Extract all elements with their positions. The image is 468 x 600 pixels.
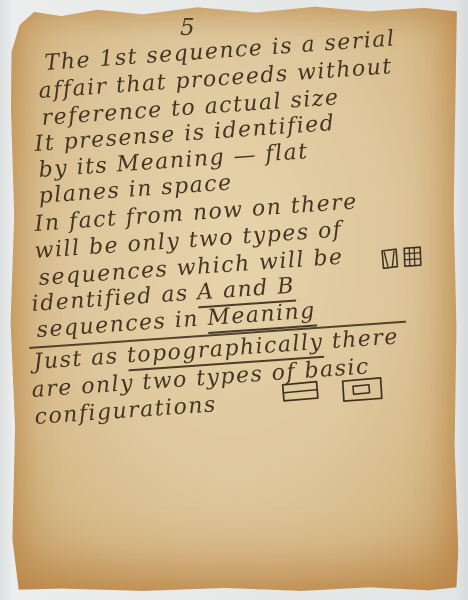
page-number: 5 <box>180 15 195 41</box>
line-segment: there <box>323 324 400 354</box>
trapezoid-square-icon <box>380 248 398 270</box>
photographed-manuscript: 5 The 1st sequence is a serial affair th… <box>0 0 468 600</box>
line-segment: Just as <box>33 343 128 374</box>
divided-rectangle-icon <box>281 380 320 402</box>
grid-square-icon <box>403 246 423 268</box>
nested-rectangle-icon <box>341 376 384 402</box>
manuscript-page: 5 The 1st sequence is a serial affair th… <box>7 5 460 592</box>
